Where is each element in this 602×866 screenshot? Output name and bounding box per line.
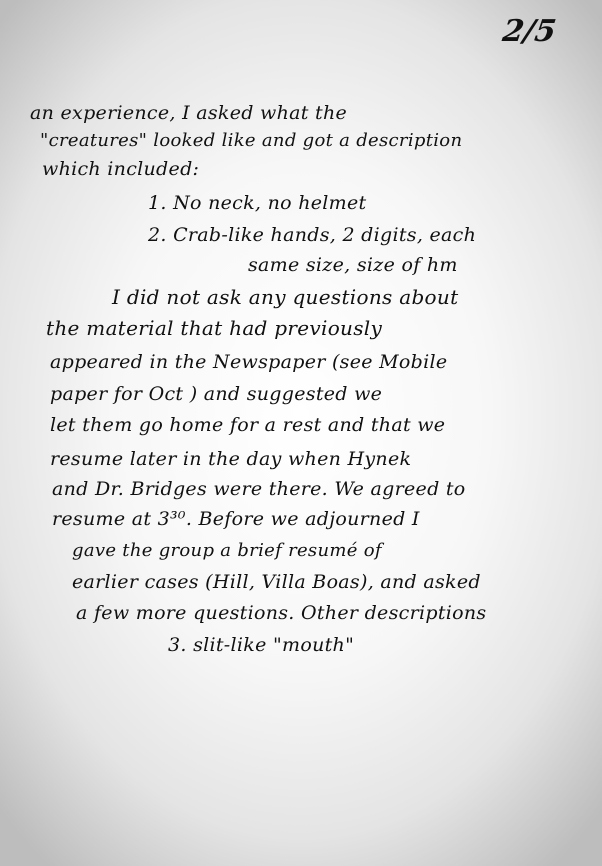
text-line: a few more questions. Other descriptions (76, 604, 486, 623)
text-line: and Dr. Bridges were there. We agreed to (52, 480, 466, 499)
text-line: "creatures" looked like and got a descri… (40, 132, 462, 150)
text-line: the material that had previously (46, 318, 382, 338)
text-line: resume at 3³⁰. Before we adjourned I (52, 510, 420, 529)
text-line: an experience, I asked what the (30, 104, 347, 123)
handwritten-page: 2/5 an experience, I asked what the "cre… (0, 0, 602, 866)
list-item: 1. No neck, no helmet (148, 194, 366, 213)
text-line: I did not ask any questions about (112, 287, 458, 307)
text-line: appeared in the Newspaper (see Mobile (50, 353, 447, 372)
list-item: 2. Crab-like hands, 2 digits, each (148, 226, 476, 245)
text-line: let them go home for a rest and that we (50, 416, 445, 435)
list-item: 3. slit-like "mouth" (168, 636, 354, 655)
text-line: resume later in the day when Hynek (50, 450, 411, 469)
text-line: earlier cases (Hill, Villa Boas), and as… (72, 573, 481, 592)
text-line: paper for Oct ) and suggested we (50, 385, 382, 404)
page-number: 2/5 (501, 14, 559, 49)
list-item-continuation: same size, size of hm (248, 256, 458, 275)
text-line: which included: (42, 160, 199, 179)
text-line: gave the group a brief resumé of (72, 542, 382, 560)
